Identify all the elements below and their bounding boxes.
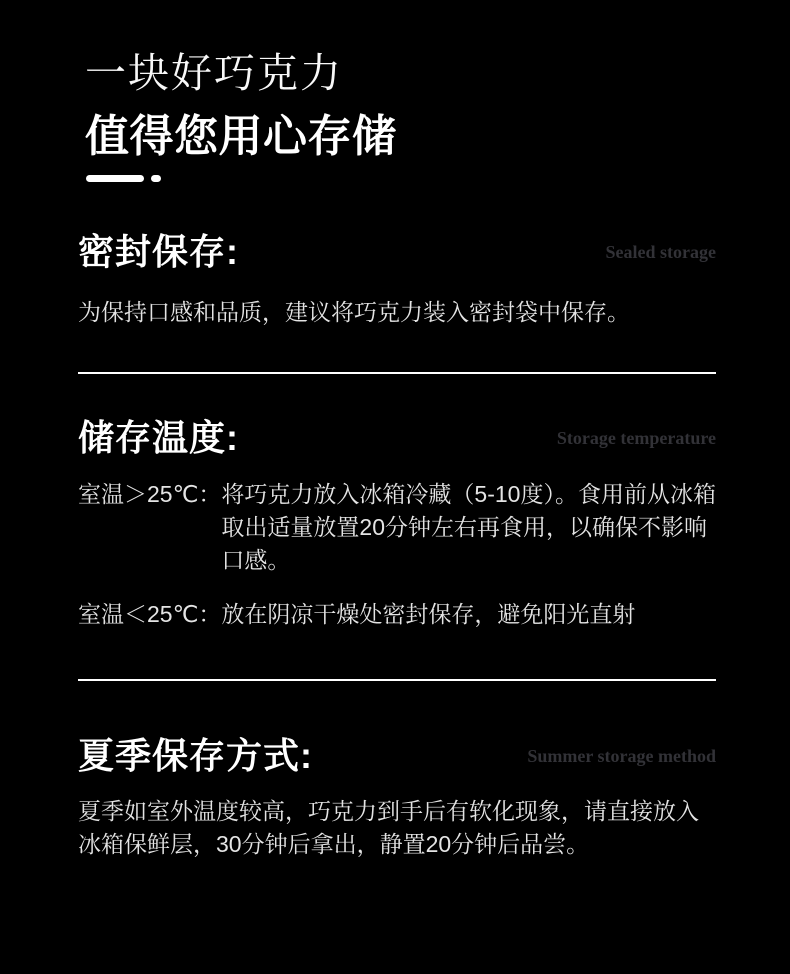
sealed-storage-english-label: Sealed storage [606,242,716,263]
main-title-line1: 一块好巧克力 [85,53,716,94]
sealed-storage-heading: 密封保存: [78,234,239,270]
section-sealed-storage: 密封保存: Sealed storage 为保持口感和品质，建议将巧克力装入密封… [78,234,716,329]
section-divider-2 [78,679,716,681]
dash-decoration [86,175,144,182]
section-summer-storage: 夏季保存方式: Summer storage method 夏季如室外温度较高，… [78,738,716,861]
dot-decoration [151,175,161,182]
summer-storage-english-label: Summer storage method [527,746,716,767]
section-storage-temperature: 储存温度: Storage temperature 室温＞25℃： 将巧克力放入… [78,420,716,631]
temp-below-25c-text: 放在阴凉干燥处密封保存，避免阳光直射 [221,598,716,631]
temp-row-below-25c: 室温＜25℃： 放在阴凉干燥处密封保存，避免阳光直射 [78,598,716,631]
sealed-storage-body-text: 为保持口感和品质，建议将巧克力装入密封袋中保存。 [78,296,716,329]
temp-above-25c-text: 将巧克力放入冰箱冷藏（5-10度）。食用前从冰箱取出适量放置20分钟左右再食用，… [221,478,716,577]
page-header: 一块好巧克力 值得您用心存储 [78,53,716,182]
temp-row-above-25c: 室温＞25℃： 将巧克力放入冰箱冷藏（5-10度）。食用前从冰箱取出适量放置20… [78,478,716,577]
main-title-line2: 值得您用心存储 [85,115,716,159]
storage-temperature-header: 储存温度: Storage temperature [78,420,716,456]
temp-below-25c-label: 室温＜25℃： [78,598,221,631]
section-divider-1 [78,372,716,374]
summer-storage-heading: 夏季保存方式: [78,738,313,774]
chocolate-storage-instructions-page: 一块好巧克力 值得您用心存储 密封保存: Sealed storage 为保持口… [0,0,790,974]
temp-above-25c-label: 室温＞25℃： [78,478,221,577]
summer-storage-header: 夏季保存方式: Summer storage method [78,738,716,774]
storage-temperature-heading: 储存温度: [78,420,239,456]
storage-temperature-english-label: Storage temperature [557,428,716,449]
title-underline-decoration [86,175,716,182]
summer-storage-body-text: 夏季如室外温度较高，巧克力到手后有软化现象，请直接放入冰箱保鲜层，30分钟后拿出… [78,795,716,861]
sealed-storage-header: 密封保存: Sealed storage [78,234,716,270]
